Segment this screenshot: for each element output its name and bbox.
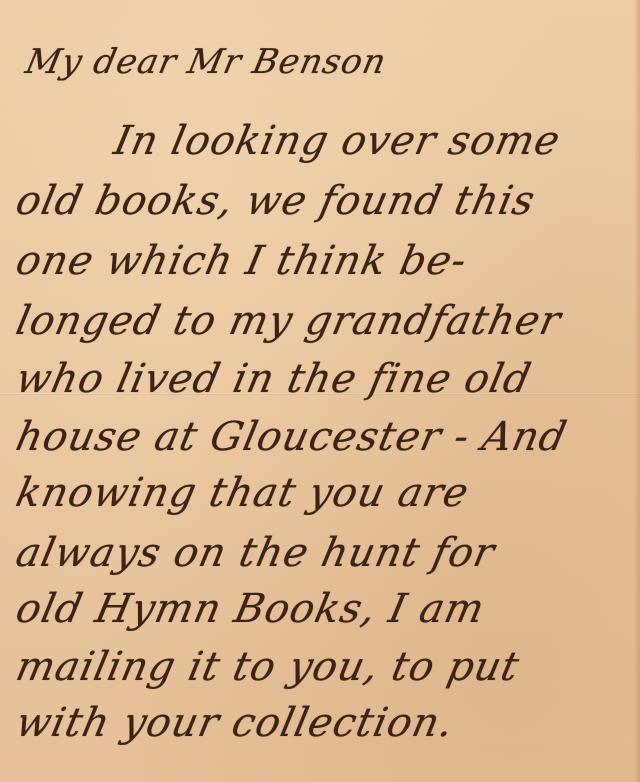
letter-line-11: with your collection. xyxy=(12,700,458,746)
letter-salutation: My dear Mr Benson xyxy=(22,42,390,82)
letter-line-10: mailing it to you, to put xyxy=(12,644,524,690)
letter-line-8: always on the hunt for xyxy=(12,530,499,576)
letter-page: My dear Mr Benson In looking over some o… xyxy=(0,0,640,782)
letter-line-2: old books, we found this xyxy=(12,178,539,224)
letter-line-7: knowing that you are xyxy=(12,470,473,516)
letter-line-1: In looking over some xyxy=(110,118,565,164)
letter-line-4: longed to my grandfather xyxy=(12,298,565,344)
page-edge-shadow xyxy=(634,0,640,782)
letter-line-3: one which I think be- xyxy=(12,238,471,284)
letter-line-6: house at Gloucester - And xyxy=(12,414,571,460)
letter-line-9: old Hymn Books, I am xyxy=(12,586,489,632)
letter-line-5: who lived in the fine old xyxy=(12,356,535,402)
